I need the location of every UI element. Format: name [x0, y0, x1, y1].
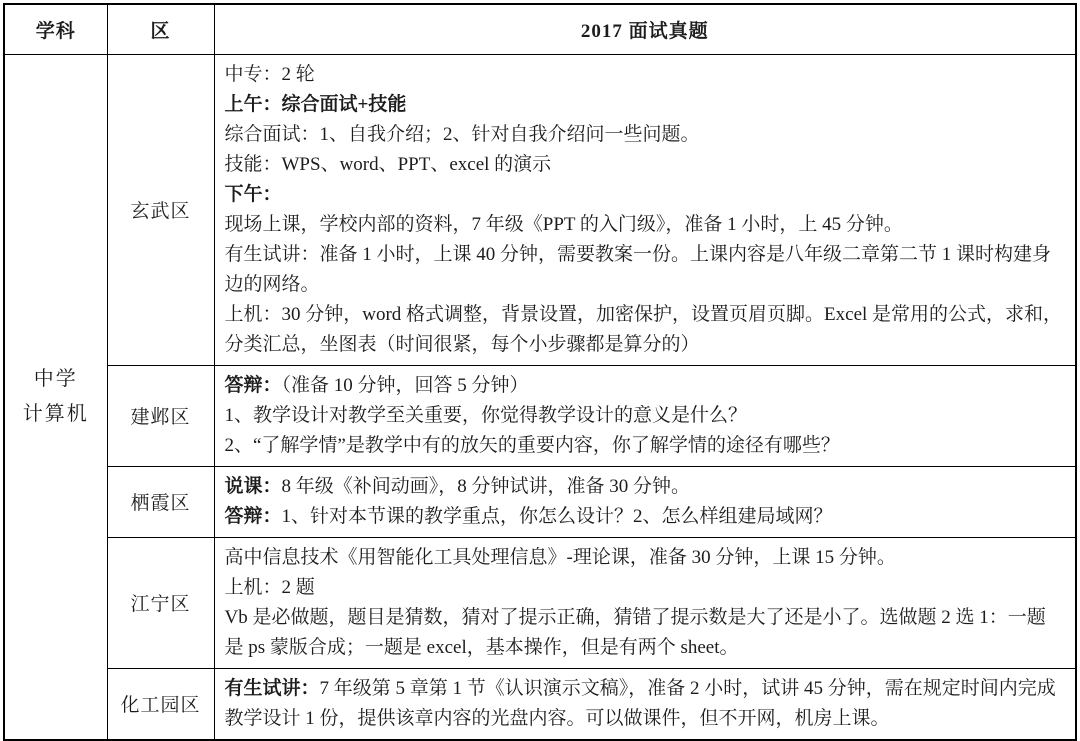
questions-cell: 有生试讲：7 年级第 5 章第 1 节《认识演示文稿》，准备 2 小时，试讲 4… — [214, 668, 1076, 740]
table-row: 建邺区答辩：（准备 10 分钟，回答 5 分钟）1、教学设计对教学至关重要，你觉… — [4, 365, 1076, 466]
question-line: 说课：8 年级《补间动画》，8 分钟试讲，准备 30 分钟。 — [225, 472, 1064, 502]
table-row: 栖霞区说课：8 年级《补间动画》，8 分钟试讲，准备 30 分钟。答辩：1、针对… — [4, 466, 1076, 537]
question-line: 现场上课，学校内部的资料，7 年级《PPT 的入门级》，准备 1 小时，上 45… — [225, 210, 1064, 240]
question-line: 答辩：1、针对本节课的教学重点，你怎么设计？2、怎么样组建局域网？ — [225, 502, 1064, 532]
questions-cell: 中专：2 轮上午：综合面试+技能综合面试：1、自我介绍；2、针对自我介绍问一些问… — [214, 54, 1076, 365]
question-line: 高中信息技术《用智能化工具处理信息》-理论课，准备 30 分钟，上课 15 分钟… — [225, 543, 1064, 573]
question-line: 上机：30 分钟，word 格式调整，背景设置，加密保护，设置页眉页脚。Exce… — [225, 300, 1064, 360]
subject-line: 计算机 — [6, 397, 106, 432]
question-segment: 现场上课，学校内部的资料，7 年级《PPT 的入门级》，准备 1 小时，上 45… — [225, 214, 903, 235]
question-line: 有生试讲：7 年级第 5 章第 1 节《认识演示文稿》，准备 2 小时，试讲 4… — [225, 674, 1064, 734]
table-row: 中学计算机玄武区中专：2 轮上午：综合面试+技能综合面试：1、自我介绍；2、针对… — [4, 54, 1076, 365]
question-segment: 1、教学设计对教学至关重要，你觉得教学设计的意义是什么？ — [225, 405, 748, 426]
question-segment: 8 年级《补间动画》，8 分钟试讲，准备 30 分钟。 — [282, 476, 691, 497]
question-segment: 综合面试：1、自我介绍；2、针对自我介绍问一些问题。 — [225, 124, 700, 145]
table-row: 江宁区高中信息技术《用智能化工具处理信息》-理论课，准备 30 分钟，上课 15… — [4, 537, 1076, 668]
question-line: 2、“了解学情”是教学中有的放矢的重要内容，你了解学情的途径有哪些？ — [225, 431, 1064, 461]
question-segment: 有生试讲：准备 1 小时，上课 40 分钟，需要教案一份。上课内容是八年级二章第… — [225, 244, 1052, 295]
district-cell: 栖霞区 — [107, 466, 214, 537]
question-segment: 2、“了解学情”是教学中有的放矢的重要内容，你了解学情的途径有哪些？ — [225, 435, 840, 456]
district-cell: 江宁区 — [107, 537, 214, 668]
question-line: 上午：综合面试+技能 — [225, 90, 1064, 120]
subject-line: 中学 — [6, 362, 106, 397]
subject-cell: 中学计算机 — [4, 54, 107, 740]
question-segment: 1、针对本节课的教学重点，你怎么设计？2、怎么样组建局域网？ — [282, 506, 833, 527]
table-header: 学科 区 2017 面试真题 — [4, 4, 1076, 54]
question-line: Vb 是必做题，题目是猜数，猜对了提示正确，猜错了提示数是大了还是小了。选做题 … — [225, 603, 1064, 663]
question-line: 综合面试：1、自我介绍；2、针对自我介绍问一些问题。 — [225, 120, 1064, 150]
question-segment-bold: 答辩： — [225, 506, 282, 527]
question-segment: 上机：30 分钟，word 格式调整，背景设置，加密保护，设置页眉页脚。Exce… — [225, 304, 1063, 355]
question-line: 1、教学设计对教学至关重要，你觉得教学设计的意义是什么？ — [225, 401, 1064, 431]
question-line: 答辩：（准备 10 分钟，回答 5 分钟） — [225, 371, 1064, 401]
header-subject: 学科 — [4, 4, 107, 54]
question-segment: Vb 是必做题，题目是猜数，猜对了提示正确，猜错了提示数是大了还是小了。选做题 … — [225, 607, 1046, 658]
document-page: { "header": { "subject": "学科", "district… — [0, 0, 1080, 696]
question-segment: （准备 10 分钟，回答 5 分钟） — [282, 375, 529, 396]
question-line: 上机：2 题 — [225, 573, 1064, 603]
question-segment-bold: 上午：综合面试+技能 — [225, 94, 407, 115]
question-segment-bold: 答辩： — [225, 375, 282, 396]
question-segment: 7 年级第 5 章第 1 节《认识演示文稿》，准备 2 小时，试讲 45 分钟，… — [225, 678, 1056, 729]
questions-cell: 说课：8 年级《补间动画》，8 分钟试讲，准备 30 分钟。答辩：1、针对本节课… — [214, 466, 1076, 537]
header-row: 学科 区 2017 面试真题 — [4, 4, 1076, 54]
header-questions: 2017 面试真题 — [214, 4, 1076, 54]
district-cell: 建邺区 — [107, 365, 214, 466]
question-line: 中专：2 轮 — [225, 60, 1064, 90]
questions-cell: 高中信息技术《用智能化工具处理信息》-理论课，准备 30 分钟，上课 15 分钟… — [214, 537, 1076, 668]
table-row: 化工园区有生试讲：7 年级第 5 章第 1 节《认识演示文稿》，准备 2 小时，… — [4, 668, 1076, 740]
question-segment: 高中信息技术《用智能化工具处理信息》-理论课，准备 30 分钟，上课 15 分钟… — [225, 547, 896, 568]
question-line: 有生试讲：准备 1 小时，上课 40 分钟，需要教案一份。上课内容是八年级二章第… — [225, 240, 1064, 300]
question-segment: 中专：2 轮 — [225, 64, 315, 85]
header-district: 区 — [107, 4, 214, 54]
district-cell: 化工园区 — [107, 668, 214, 740]
question-segment-bold: 下午： — [225, 184, 282, 205]
question-segment: 上机：2 题 — [225, 577, 315, 598]
question-line: 下午： — [225, 180, 1064, 210]
question-segment-bold: 有生试讲： — [225, 678, 320, 699]
question-segment: 技能：WPS、word、PPT、excel 的演示 — [225, 154, 552, 175]
questions-cell: 答辩：（准备 10 分钟，回答 5 分钟）1、教学设计对教学至关重要，你觉得教学… — [214, 365, 1076, 466]
table-body: 中学计算机玄武区中专：2 轮上午：综合面试+技能综合面试：1、自我介绍；2、针对… — [4, 54, 1076, 740]
district-cell: 玄武区 — [107, 54, 214, 365]
question-line: 技能：WPS、word、PPT、excel 的演示 — [225, 150, 1064, 180]
interview-questions-table: 学科 区 2017 面试真题 中学计算机玄武区中专：2 轮上午：综合面试+技能综… — [3, 3, 1077, 741]
question-segment-bold: 说课： — [225, 476, 282, 497]
